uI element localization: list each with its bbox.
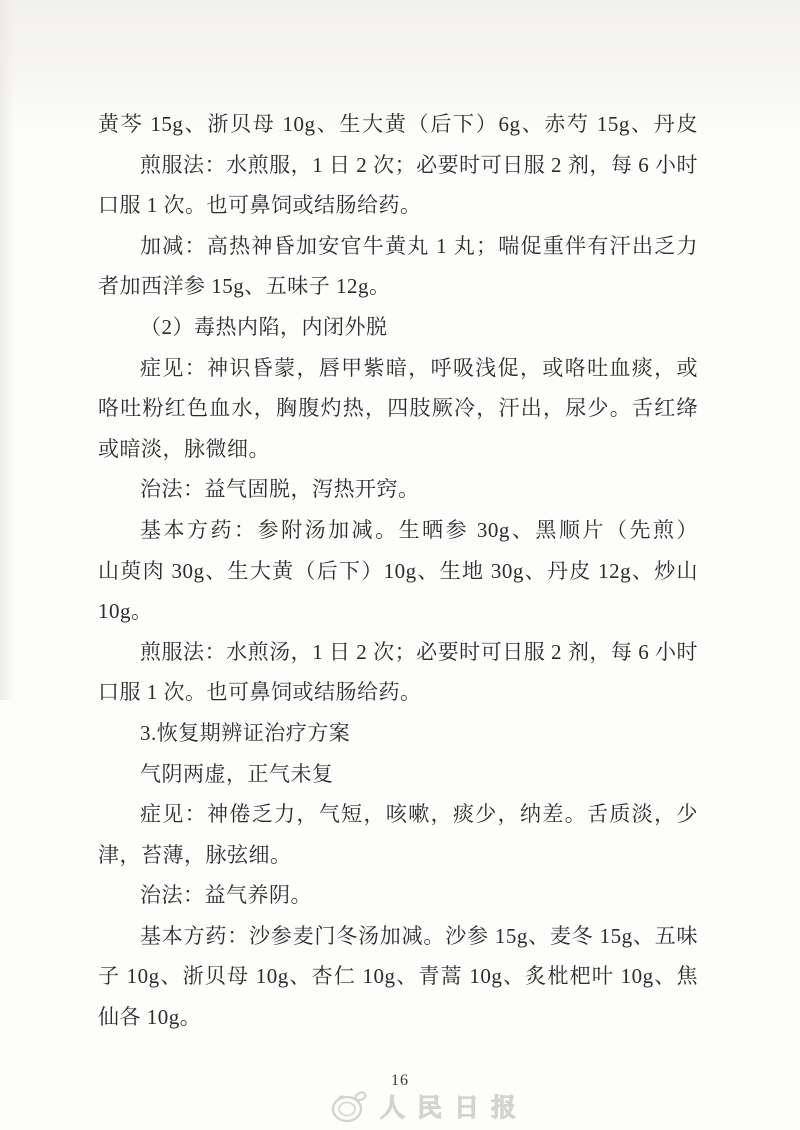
text-line: 口服 1 次。也可鼻饲或结肠给药。 — [98, 185, 698, 226]
text-line: 咯吐粉红色血水，胸腹灼热，四肢厥冷，汗出，尿少。舌红绛 — [98, 388, 698, 429]
watermark: 人民日报 — [328, 1086, 528, 1126]
text-line: 仙各 10g。 — [98, 997, 698, 1038]
text-line: 者加西洋参 15g、五味子 12g。 — [98, 266, 698, 307]
text-line: 煎服法：水煎汤，1 日 2 次；必要时可日服 2 剂，每 6 小时 — [98, 632, 698, 673]
text-line: 或暗淡，脉微细。 — [98, 429, 698, 470]
text-line: （2）毒热内陷，内闭外脱 — [98, 307, 698, 348]
text-line: 3.恢复期辨证治疗方案 — [98, 713, 698, 754]
watermark-label: 人民日报 — [380, 1088, 528, 1124]
text-line: 治法：益气养阴。 — [98, 875, 698, 916]
text-line: 山萸肉 30g、生大黄（后下）10g、生地 30g、丹皮 12g、炒山栀 — [98, 551, 698, 592]
text-line: 基本方药：参附汤加减。生晒参 30g、黑顺片（先煎）10g、 — [98, 510, 698, 551]
text-line: 黄芩 15g、浙贝母 10g、生大黄（后下）6g、赤芍 15g、丹皮 12g。 — [98, 104, 698, 145]
text-line: 煎服法：水煎服，1 日 2 次；必要时可日服 2 剂，每 6 小时 — [98, 145, 698, 186]
text-line: 症见：神识昏蒙，唇甲紫暗，呼吸浅促，或咯吐血痰，或 — [98, 348, 698, 389]
peoples-daily-logo-icon — [328, 1086, 370, 1126]
scan-shading-left-edge — [0, 0, 14, 700]
text-line: 10g。 — [98, 591, 698, 632]
page-footer: 16 — [0, 1072, 800, 1090]
text-line: 口服 1 次。也可鼻饲或结肠给药。 — [98, 672, 698, 713]
text-line: 基本方药：沙参麦门冬汤加减。沙参 15g、麦冬 15g、五味 — [98, 916, 698, 957]
text-line: 子 10g、浙贝母 10g、杏仁 10g、青蒿 10g、炙枇杷叶 10g、焦三 — [98, 956, 698, 997]
page-number: 16 — [391, 1072, 409, 1090]
text-line: 气阴两虚，正气未复 — [98, 754, 698, 795]
document-page-body: 黄芩 15g、浙贝母 10g、生大黄（后下）6g、赤芍 15g、丹皮 12g。 … — [98, 104, 698, 1038]
text-line: 治法：益气固脱，泻热开窍。 — [98, 469, 698, 510]
text-line: 症见：神倦乏力，气短，咳嗽，痰少，纳差。舌质淡，少 — [98, 794, 698, 835]
text-line: 津，苔薄，脉弦细。 — [98, 835, 698, 876]
text-line: 加减：高热神昏加安官牛黄丸 1 丸；喘促重伴有汗出乏力 — [98, 226, 698, 267]
